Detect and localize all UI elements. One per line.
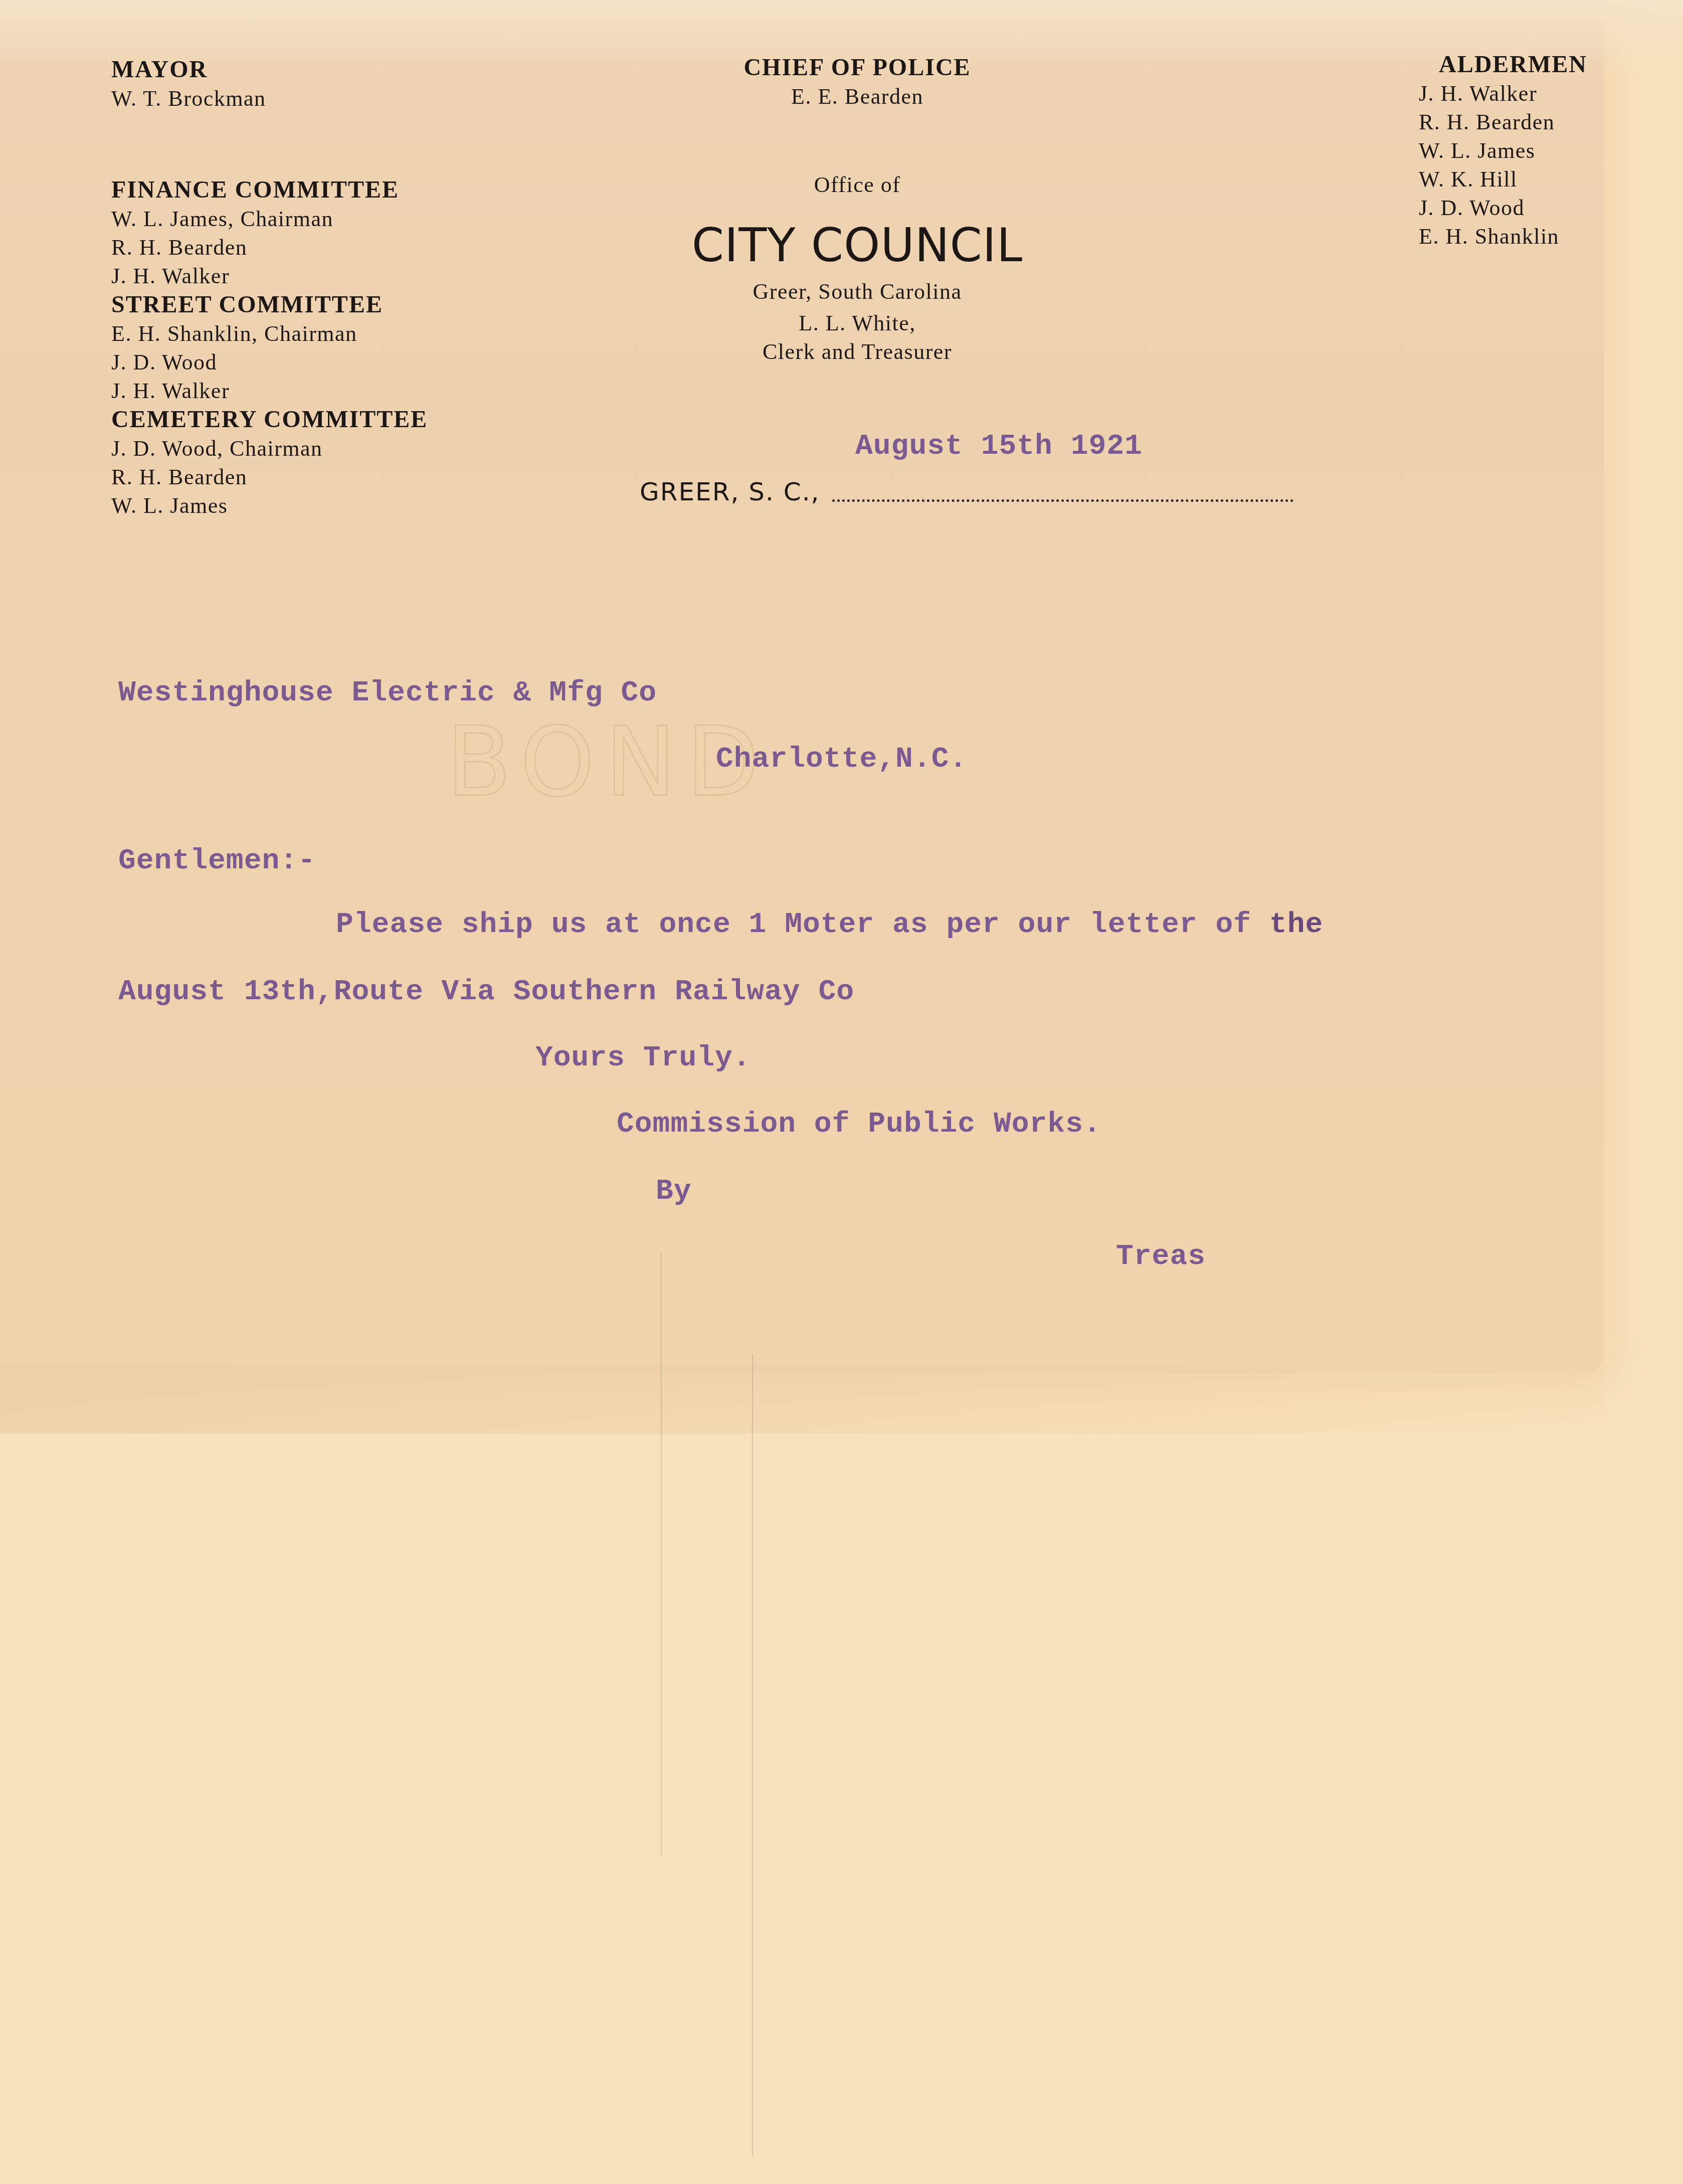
signatory-title: Treas [1116,1240,1206,1273]
salutation: Gentlemen:- [118,845,316,877]
mayor-heading: MAYOR [111,55,266,84]
alderman-name: W. K. Hill [1419,165,1587,194]
cemetery-committee-heading: CEMETERY COMMITTEE [111,405,428,434]
signatory: Commission of Public Works. [617,1108,1101,1141]
body-line-2: August 13th,Route Via Southern Railway C… [118,976,854,1008]
body-struck-word: the [1269,908,1323,941]
mayor-block: MAYOR W. T. Brockman [111,55,266,113]
committees-block: FINANCE COMMITTEE W. L. James, Chairman … [111,175,428,520]
office-of-label: Office of [657,170,1058,199]
clerk-title: Clerk and Treasurer [657,337,1058,366]
alderman-name: W. L. James [1419,136,1587,165]
cemetery-committee-member: J. D. Wood, Chairman [111,434,428,463]
street-committee-heading: STREET COMMITTEE [111,290,428,319]
alderman-name: E. H. Shanklin [1419,222,1587,251]
street-committee-member: J. H. Walker [111,377,428,405]
finance-committee-member: R. H. Bearden [111,233,428,262]
alderman-name: J. D. Wood [1419,194,1587,222]
letter-date: August 15th 1921 [855,430,1143,463]
body-line-1: Please ship us at once 1 Moter as per ou… [336,908,1323,941]
finance-committee-heading: FINANCE COMMITTEE [111,175,428,205]
recipient-city: Charlotte,N.C. [716,743,967,776]
chief-of-police-block: CHIEF OF POLICE E. E. Bearden [657,53,1058,111]
recipient-name: Westinghouse Electric & Mfg Co [118,677,657,709]
date-dotted-line [832,499,1293,502]
office-block: Office of CITY COUNCIL Greer, South Caro… [657,170,1058,366]
finance-committee-member: J. H. Walker [111,262,428,290]
body-line-1-text: Please ship us at once 1 Moter as per ou… [336,908,1251,941]
finance-committee-member: W. L. James, Chairman [111,205,428,233]
aldermen-heading: ALDERMEN [1439,50,1587,79]
clerk-name: L. L. White, [657,309,1058,337]
paper-stain-edge [0,1364,1604,1434]
cemetery-committee-member: R. H. Bearden [111,463,428,491]
paper-crease [752,1354,753,2156]
cemetery-committee-member: W. L. James [111,491,428,520]
place-line-label: GREER, S. C., [640,477,820,506]
chief-of-police-heading: CHIEF OF POLICE [657,53,1058,82]
street-committee-member: J. D. Wood [111,348,428,377]
closing: Yours Truly. [535,1042,751,1074]
aldermen-block: ALDERMEN J. H. Walker R. H. Bearden W. L… [1419,50,1587,251]
office-location: Greer, South Carolina [657,277,1058,306]
street-committee-member: E. H. Shanklin, Chairman [111,319,428,348]
alderman-name: R. H. Bearden [1419,108,1587,136]
by-label: By [656,1175,692,1208]
mayor-name: W. T. Brockman [111,84,266,113]
chief-of-police-name: E. E. Bearden [657,82,1058,111]
paper-crease [661,1253,662,1855]
alderman-name: J. H. Walker [1419,79,1587,108]
city-council-title: CITY COUNCIL [657,218,1058,273]
